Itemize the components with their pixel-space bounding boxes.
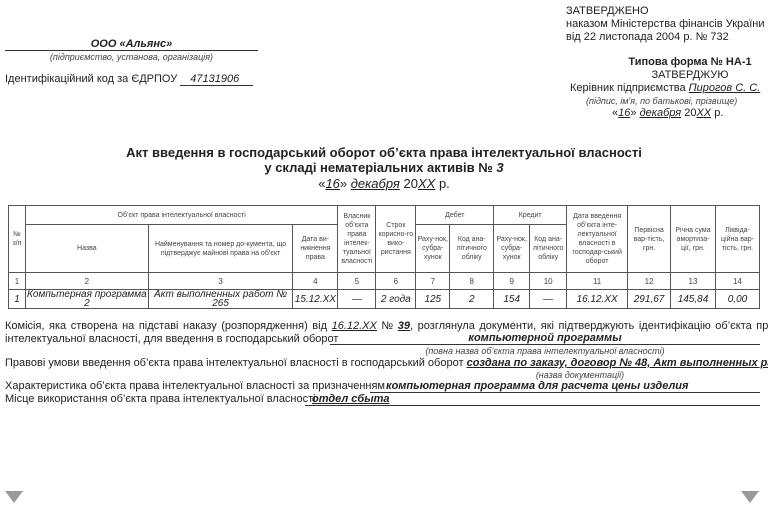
act-title-line2-text: у складі нематеріальних активів № <box>264 160 492 175</box>
form-date-tail: р. <box>714 107 723 119</box>
col-number: 11 <box>567 273 628 290</box>
header-name: Назва <box>25 225 148 273</box>
header-doc: Найменування та номер до-кументa, що під… <box>148 225 293 273</box>
head-name: Пирогов С. С. <box>689 82 761 94</box>
form-approve: ЗАТВЕРДЖУЮ <box>540 69 768 82</box>
legal-label: Правові умови введення об’єкта права інт… <box>5 357 464 369</box>
col-number: 2 <box>25 273 148 290</box>
column-numbers-row: 1 2 3 4 5 6 7 8 9 10 11 12 13 14 <box>9 273 760 290</box>
header-object-group: Об’єкт права інтелектуальної власності <box>25 206 337 225</box>
header-credit-account: Раху-нок, субра-хунок <box>494 225 530 273</box>
col-number: 6 <box>376 273 416 290</box>
act-date-month: декабря <box>351 176 400 191</box>
act-date-year-suffix: XX <box>418 176 435 191</box>
col-number: 7 <box>416 273 450 290</box>
purpose-value: компьютерная программа для расчета цены … <box>386 380 689 392</box>
col-number: 1 <box>9 273 26 290</box>
header-debit-code: Код ана-літичного обліку <box>450 225 494 273</box>
header-debit: Дебет <box>416 206 494 225</box>
object-caption: (повна назва об’єкта права інтелектуальн… <box>330 346 760 356</box>
org-caption: (підприємство, установа, організація) <box>5 52 258 62</box>
legal-value: создана по заказу, договор № 48, Акт вып… <box>467 357 768 369</box>
commission-suffix: , розглянула документи, які підтверджуют… <box>410 320 768 332</box>
header-debit-account: Раху-нок, субра-хунок <box>416 225 450 273</box>
head-caption: (підпис, ім'я, по батькові, прізвище) <box>586 96 737 106</box>
act-title: Акт введення в господарський оборот об’є… <box>0 145 768 175</box>
form-approval: Типова форма № НА-1 ЗАТВЕРДЖУЮ <box>540 56 768 82</box>
commission-no: 39 <box>398 320 410 332</box>
act-title-line2: у складі нематеріальних активів № 3 <box>0 160 768 175</box>
header-term: Строк корисно-го вико-ристання <box>376 206 416 273</box>
cell-credit-account: 154 <box>494 290 530 309</box>
commission-no-label: № <box>381 320 393 332</box>
approval-block: ЗАТВЕРДЖЕНО наказом Міністерства фінансі… <box>566 5 765 44</box>
form-date: «16» декабря 20XX р. <box>612 107 723 119</box>
commission-prefix: Комісія, яка створена на підставі наказу… <box>5 320 327 332</box>
header-initial: Первісна вар-тість, грн. <box>628 206 671 273</box>
head-label: Керівник підприємства <box>570 82 686 94</box>
col-number: 3 <box>148 273 293 290</box>
place-value: отдел сбыта <box>312 393 390 405</box>
col-number: 12 <box>628 273 671 290</box>
header-owner: Власник об’єкта права інтелек-туальної в… <box>338 206 376 273</box>
col-number: 4 <box>293 273 338 290</box>
act-date-year-prefix: 20 <box>404 176 418 191</box>
org-name-line <box>5 50 258 51</box>
approval-line1: ЗАТВЕРДЖЕНО <box>566 5 765 18</box>
form-date-month: декабря <box>640 107 682 119</box>
col-number: 9 <box>494 273 530 290</box>
act-title-line1: Акт введення в господарський оборот об’є… <box>0 145 768 160</box>
cell-term: 2 года <box>376 290 416 309</box>
cell-debit-account: 125 <box>416 290 450 309</box>
act-number: 3 <box>496 160 503 175</box>
col-number: 14 <box>715 273 759 290</box>
table-row: 1 Компьтерная программа 2 Акт выполненны… <box>9 290 760 309</box>
cell-annual: 145,84 <box>671 290 716 309</box>
purpose-label: Характеристика об’єкта права інтелектуал… <box>5 380 385 392</box>
header-intro-date: Дата введення об’єкта інте-лектуальної в… <box>567 206 628 273</box>
form-date-day: 16 <box>618 107 630 119</box>
legal-caption: (назва документації) <box>460 370 700 380</box>
edrpou-row: Ідентифікаційний код за ЄДРПОУ 47131906 <box>5 73 253 86</box>
cell-doc: Акт выполненных работ № 265 <box>148 290 293 309</box>
head-row: Керівник підприємства Пирогов С. С. <box>570 82 760 95</box>
commission-line1: Комісія, яка створена на підставі наказу… <box>5 320 760 332</box>
col-number: 13 <box>671 273 716 290</box>
header-credit: Кредит <box>494 206 567 225</box>
header-liquid: Ліквіда-ційна вар-тість, грн. <box>715 206 759 273</box>
cell-owner: — <box>338 290 376 309</box>
header-credit-code: Код ана-літичного обліку <box>530 225 567 273</box>
place-label: Місце використання об’єкта права інтелек… <box>5 393 316 405</box>
cell-name: Компьтерная программа 2 <box>25 290 148 309</box>
approval-line2: наказом Міністерства фінансів України <box>566 18 765 31</box>
col-number: 5 <box>338 273 376 290</box>
cell-initial: 291,67 <box>628 290 671 309</box>
org-name: ООО «Альянс» <box>5 38 258 50</box>
cell-intro-date: 16.12.XX <box>567 290 628 309</box>
triangle-down-icon[interactable] <box>5 491 23 503</box>
act-date-day: 16 <box>325 176 339 191</box>
place-line <box>305 405 760 406</box>
form-date-year-prefix: 20 <box>684 107 696 119</box>
edrpou-label: Ідентифікаційний код за ЄДРПОУ <box>5 73 177 85</box>
object-name-line <box>330 344 760 345</box>
header-date: Дата ви-никнення права <box>293 225 338 273</box>
triangle-down-icon[interactable] <box>741 491 759 503</box>
legal-row: Правові умови введення об’єкта права інт… <box>5 357 768 369</box>
commission-date: 16.12.XX <box>332 320 377 332</box>
act-date: «16» декабря 20XX р. <box>0 176 768 191</box>
cell-credit-code: — <box>530 290 567 309</box>
cell-num: 1 <box>9 290 26 309</box>
approval-line3: від 22 листопада 2004 р. № 732 <box>566 31 765 44</box>
col-number: 8 <box>450 273 494 290</box>
form-date-year-suffix: XX <box>696 107 711 119</box>
header-num: № з/п <box>9 206 26 273</box>
act-date-tail: р. <box>439 176 450 191</box>
cell-liquid: 0,00 <box>715 290 759 309</box>
assets-table: № з/п Об’єкт права інтелектуальної власн… <box>8 205 760 309</box>
form-title: Типова форма № НА-1 <box>540 56 768 69</box>
object-name: компьютерной программы <box>330 332 760 344</box>
commission-line2: інтелектуальної власності, для введення … <box>5 333 338 345</box>
header-annual: Річна сума амортиза-ції, грн. <box>671 206 716 273</box>
cell-date: 15.12.XX <box>293 290 338 309</box>
cell-debit-code: 2 <box>450 290 494 309</box>
edrpou-value: 47131906 <box>180 73 253 86</box>
purpose-line <box>370 392 760 393</box>
col-number: 10 <box>530 273 567 290</box>
